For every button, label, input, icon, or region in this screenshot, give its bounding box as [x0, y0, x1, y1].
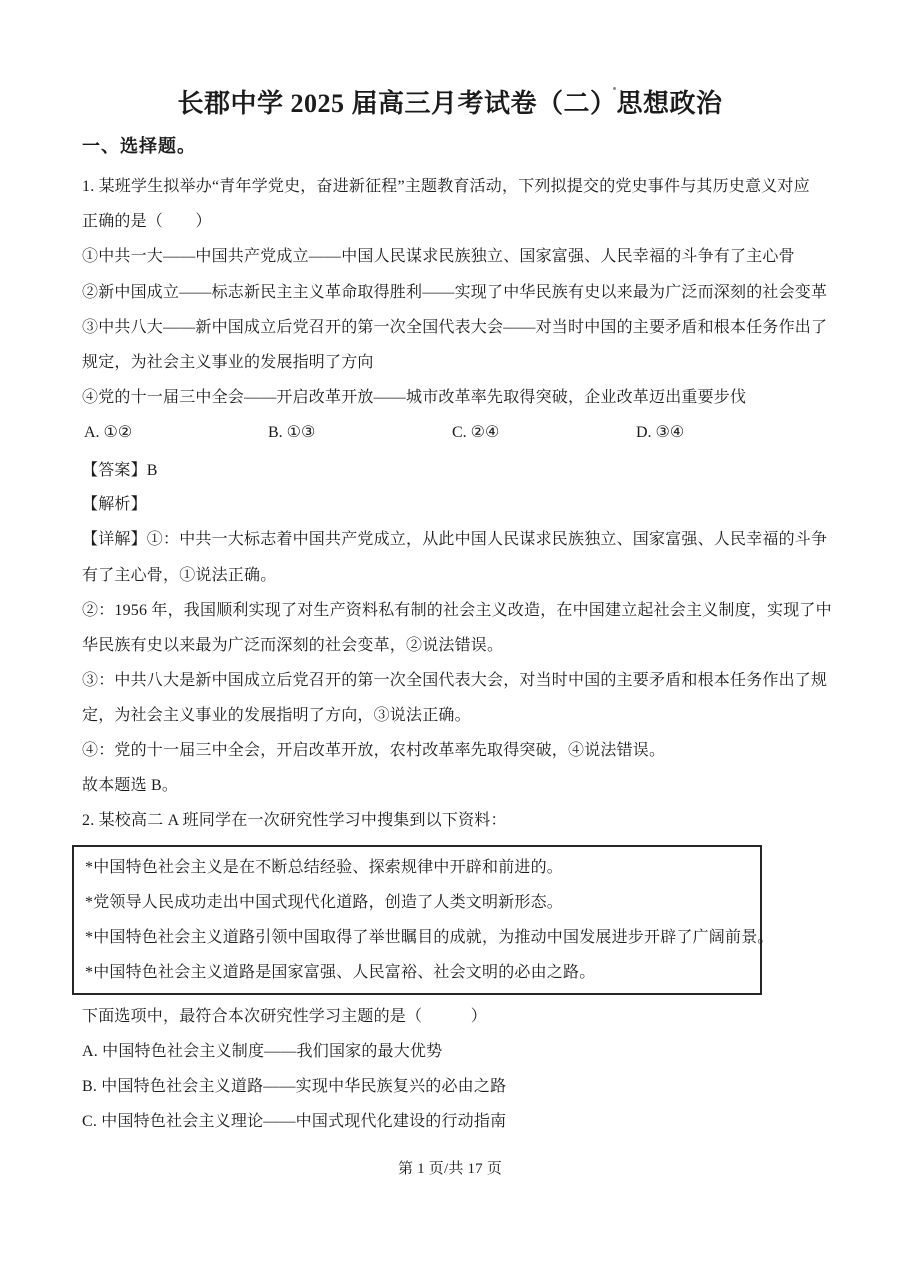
- q1-item-2: ②新中国成立——标志新民主主义革命取得胜利——实现了中华民族有史以来最为广泛而深…: [82, 283, 827, 302]
- resource-box-line-1: *中国特色社会主义是在不断总结经验、探索规律中开辟和前进的。: [85, 858, 563, 877]
- q2-option-b: B. 中国特色社会主义道路——实现中华民族复兴的必由之路: [82, 1077, 506, 1096]
- q1-detail-line-7: ④：党的十一届三中全会，开启改革开放，农村改革率先取得突破，④说法错误。: [82, 741, 665, 760]
- section-heading: 一、选择题。: [82, 136, 196, 157]
- q1-detail-line-4: 华民族有史以来最为广泛而深刻的社会变革，②说法错误。: [82, 636, 503, 655]
- q2-stem: 2. 某校高二 A 班同学在一次研究性学习中搜集到以下资料：: [82, 811, 507, 830]
- q1-option-d: D. ③④: [636, 423, 684, 442]
- q1-item-3: ③中共八大——新中国成立后党召开的第一次全国代表大会——对当时中国的主要矛盾和根…: [82, 318, 827, 337]
- resource-box-line-4: *中国特色社会主义道路是国家富强、人民富裕、社会文明的必由之路。: [85, 963, 595, 982]
- q1-detail-line-1: 【详解】①：中共一大标志着中国共产党成立，从此中国人民谋求民族独立、国家富强、人…: [82, 530, 827, 549]
- resource-box-line-3: *中国特色社会主义道路引领中国取得了举世瞩目的成就，为推动中国发展进步开辟了广阔…: [85, 928, 774, 947]
- q1-detail-line-2: 有了主心骨，①说法正确。: [82, 566, 276, 585]
- q1-option-row: A. ①② B. ①③ C. ②④ D. ③④: [0, 423, 900, 443]
- q2-question: 下面选项中，最符合本次研究性学习主题的是（ ）: [82, 1007, 487, 1026]
- q2-resource-box: *中国特色社会主义是在不断总结经验、探索规律中开辟和前进的。 *党领导人民成功走…: [72, 845, 762, 995]
- q1-detail-line-5: ③：中共八大是新中国成立后党召开的第一次全国代表大会，对当时中国的主要矛盾和根本…: [82, 671, 827, 690]
- q1-conclusion: 故本题选 B。: [82, 776, 178, 795]
- q1-item-1: ①中共一大——中国共产党成立——中国人民谋求民族独立、国家富强、人民幸福的斗争有…: [82, 247, 795, 266]
- exam-title: 长郡中学 2025 届高三月考试卷（二）思想政治: [0, 90, 900, 118]
- q1-detail-line-3: ②：1956 年，我国顺利实现了对生产资料私有制的社会主义改造，在中国建立起社会…: [82, 601, 832, 620]
- q1-detail-line-6: 定，为社会主义事业的发展指明了方向，③说法正确。: [82, 706, 471, 725]
- q1-analysis-label: 【解析】: [82, 495, 147, 514]
- resource-box-line-2: *党领导人民成功走出中国式现代化道路，创造了人类文明新形态。: [85, 893, 563, 912]
- exam-document-page: 长郡中学 2025 届高三月考试卷（二）思想政治 一、选择题。 1. 某班学生拟…: [0, 0, 900, 1273]
- q1-option-c: C. ②④: [452, 423, 499, 442]
- page-footer: 第 1 页/共 17 页: [0, 1160, 900, 1178]
- q1-stem-line-1: 1. 某班学生拟举办“青年学党史，奋进新征程”主题教育活动，下列拟提交的党史事件…: [82, 177, 810, 196]
- q1-option-b: B. ①③: [268, 423, 315, 442]
- q2-option-c: C. 中国特色社会主义理论——中国式现代化建设的行动指南: [82, 1112, 506, 1131]
- q1-item-3-continued: 规定，为社会主义事业的发展指明了方向: [82, 353, 374, 372]
- q1-stem-line-2: 正确的是（ ）: [82, 212, 212, 231]
- q2-option-a: A. 中国特色社会主义制度——我们国家的最大优势: [82, 1042, 442, 1061]
- q1-option-a: A. ①②: [84, 423, 132, 442]
- q1-item-4: ④党的十一届三中全会——开启改革开放——城市改革率先取得突破，企业改革迈出重要步…: [82, 388, 746, 407]
- q1-answer-label: 【答案】B: [82, 461, 158, 480]
